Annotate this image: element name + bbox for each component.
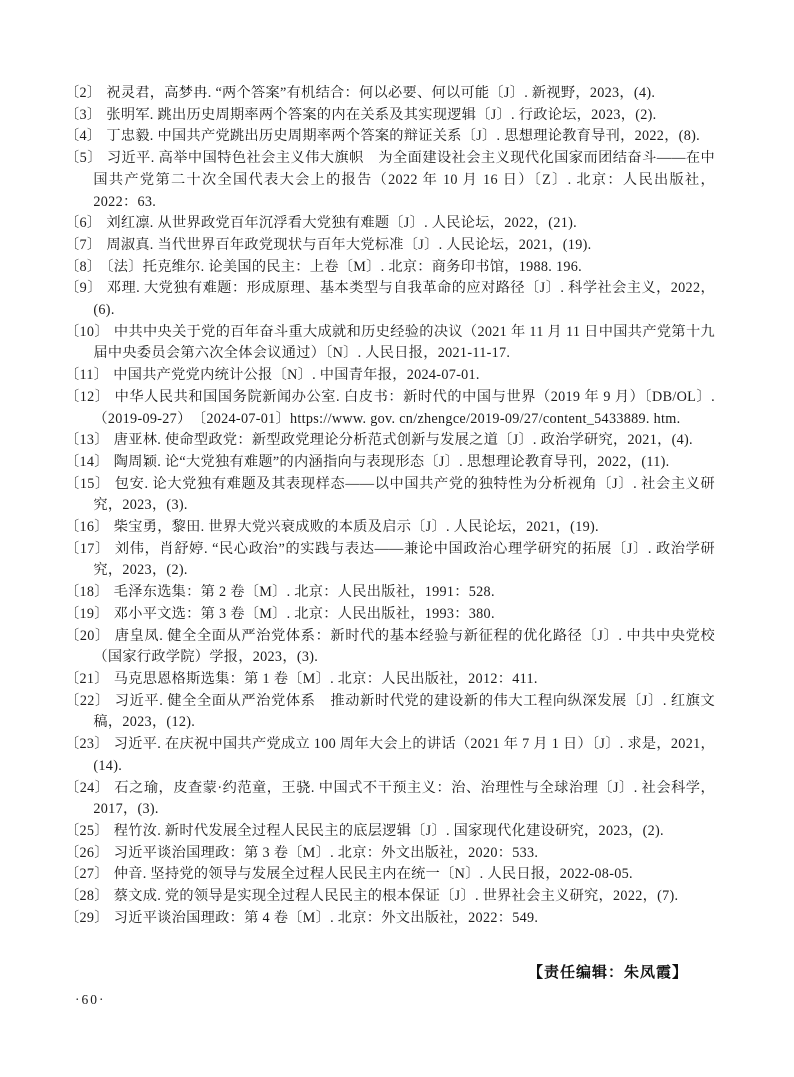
- reference-entry: 〔25〕程竹汝. 新时代发展全过程人民民主的底层逻辑〔J〕. 国家现代化建设研究…: [65, 821, 715, 843]
- reference-number: 〔19〕: [65, 606, 109, 622]
- reference-number: 〔17〕: [65, 541, 110, 557]
- reference-entry: 〔26〕习近平谈治国理政：第 3 卷〔M〕. 北京：外文出版社，2020：533…: [65, 843, 715, 865]
- reference-number: 〔14〕: [65, 454, 109, 470]
- reference-text: 蔡文成. 党的领导是实现全过程人民民主的根本保证〔J〕. 世界社会主义研究，20…: [114, 888, 679, 904]
- reference-entry: 〔8〕〔法〕托克维尔. 论美国的民主：上卷〔M〕. 北京：商务印书馆，1988.…: [65, 257, 715, 279]
- reference-number: 〔24〕: [65, 780, 109, 796]
- reference-entry: 〔19〕邓小平文选：第 3 卷〔M〕. 北京：人民出版社，1993：380.: [65, 604, 715, 626]
- reference-number: 〔8〕: [65, 259, 101, 275]
- reference-entry: 〔6〕刘红凛. 从世界政党百年沉浮看大党独有难题〔J〕. 人民论坛，2022，(…: [65, 213, 715, 235]
- reference-text: 刘伟，肖舒婷. “民心政治”的实践与表达——兼论中国政治心理学研究的拓展〔J〕.…: [93, 541, 715, 579]
- reference-text: 中华人民共和国国务院新闻办公室. 白皮书：新时代的中国与世界（2019 年 9 …: [93, 389, 715, 427]
- reference-entry: 〔20〕唐皇凤. 健全全面从严治党体系：新时代的基本经验与新征程的优化路径〔J〕…: [65, 626, 715, 669]
- reference-entry: 〔24〕石之瑜，皮查蒙·约范童，王骁. 中国式不干预主义：治、治理性与全球治理〔…: [65, 778, 715, 821]
- reference-number: 〔3〕: [65, 107, 101, 123]
- reference-text: 唐皇凤. 健全全面从严治党体系：新时代的基本经验与新征程的优化路径〔J〕. 中共…: [93, 628, 715, 666]
- reference-number: 〔29〕: [65, 910, 109, 926]
- reference-text: 包安. 论大党独有难题及其表现样态——以中国共产党的独特性为分析视角〔J〕. 社…: [93, 476, 715, 514]
- reference-number: 〔21〕: [65, 671, 109, 687]
- reference-text: 仲音. 坚持党的领导与发展全过程人民民主内在统一〔N〕. 人民日报，2022-0…: [114, 866, 633, 882]
- reference-text: 张明军. 跳出历史周期率两个答案的内在关系及其实现逻辑〔J〕. 行政论坛，202…: [106, 107, 656, 123]
- reference-entry: 〔12〕中华人民共和国国务院新闻办公室. 白皮书：新时代的中国与世界（2019 …: [65, 387, 715, 430]
- reference-entry: 〔11〕中国共产党党内统计公报〔N〕. 中国青年报，2024-07-01.: [65, 365, 715, 387]
- reference-number: 〔28〕: [65, 888, 109, 904]
- reference-entry: 〔27〕仲音. 坚持党的领导与发展全过程人民民主内在统一〔N〕. 人民日报，20…: [65, 864, 715, 886]
- reference-number: 〔26〕: [65, 845, 109, 861]
- reference-number: 〔23〕: [65, 736, 109, 752]
- reference-number: 〔9〕: [65, 280, 102, 296]
- reference-text: 石之瑜，皮查蒙·约范童，王骁. 中国式不干预主义：治、治理性与全球治理〔J〕. …: [93, 780, 715, 818]
- reference-number: 〔11〕: [65, 367, 108, 383]
- references-list: 〔2〕祝灵君，高梦冉. “两个答案”有机结合：何以必要、何以可能〔J〕. 新视野…: [65, 83, 715, 929]
- reference-entry: 〔5〕习近平. 高举中国特色社会主义伟大旗帜 为全面建设社会主义现代化国家而团结…: [65, 148, 715, 213]
- editor-credit: 【责任编辑：朱凤霞】: [528, 961, 688, 982]
- reference-text: 邓理. 大党独有难题：形成原理、基本类型与自我革命的应对路径〔J〕. 科学社会主…: [93, 280, 715, 318]
- reference-entry: 〔15〕包安. 论大党独有难题及其表现样态——以中国共产党的独特性为分析视角〔J…: [65, 474, 715, 517]
- reference-text: 习近平. 在庆祝中国共产党成立 100 周年大会上的讲话（2021 年 7 月 …: [93, 736, 715, 774]
- reference-text: 习近平. 健全全面从严治党体系 推动新时代党的建设新的伟大工程向纵深发展〔J〕.…: [93, 693, 715, 731]
- reference-entry: 〔2〕祝灵君，高梦冉. “两个答案”有机结合：何以必要、何以可能〔J〕. 新视野…: [65, 83, 715, 105]
- document-page: 〔2〕祝灵君，高梦冉. “两个答案”有机结合：何以必要、何以可能〔J〕. 新视野…: [0, 0, 794, 1077]
- page-number: ·60·: [75, 992, 106, 1008]
- reference-number: 〔25〕: [65, 823, 109, 839]
- reference-text: 中国共产党党内统计公报〔N〕. 中国青年报，2024-07-01.: [113, 367, 480, 383]
- reference-number: 〔6〕: [65, 215, 101, 231]
- reference-text: 程竹汝. 新时代发展全过程人民民主的底层逻辑〔J〕. 国家现代化建设研究，202…: [114, 823, 664, 839]
- reference-entry: 〔10〕中共中央关于党的百年奋斗重大成就和历史经验的决议（2021 年 11 月…: [65, 322, 715, 365]
- reference-entry: 〔22〕习近平. 健全全面从严治党体系 推动新时代党的建设新的伟大工程向纵深发展…: [65, 691, 715, 734]
- reference-entry: 〔7〕周淑真. 当代世界百年政党现状与百年大党标准〔J〕. 人民论坛，2021，…: [65, 235, 715, 257]
- reference-number: 〔27〕: [65, 866, 109, 882]
- reference-text: 马克思恩格斯选集：第 1 卷〔M〕. 北京：人民出版社，2012：411.: [114, 671, 538, 687]
- reference-text: 周淑真. 当代世界百年政党现状与百年大党标准〔J〕. 人民论坛，2021，(19…: [106, 237, 591, 253]
- reference-entry: 〔14〕陶周颖. 论“大党独有难题”的内涵指向与表现形态〔J〕. 思想理论教育导…: [65, 452, 715, 474]
- reference-text: 习近平. 高举中国特色社会主义伟大旗帜 为全面建设社会主义现代化国家而团结奋斗—…: [93, 150, 715, 209]
- reference-entry: 〔9〕邓理. 大党独有难题：形成原理、基本类型与自我革命的应对路径〔J〕. 科学…: [65, 278, 715, 321]
- reference-number: 〔20〕: [65, 628, 110, 644]
- reference-entry: 〔16〕柴宝勇，黎田. 世界大党兴衰成败的本质及启示〔J〕. 人民论坛，2021…: [65, 517, 715, 539]
- reference-number: 〔22〕: [65, 693, 110, 709]
- reference-number: 〔10〕: [65, 324, 109, 340]
- reference-text: 唐亚林. 使命型政党：新型政党理论分析范式创新与发展之道〔J〕. 政治学研究，2…: [114, 432, 693, 448]
- reference-number: 〔13〕: [65, 432, 109, 448]
- reference-text: 习近平谈治国理政：第 4 卷〔M〕. 北京：外文出版社，2022：549.: [114, 910, 539, 926]
- reference-entry: 〔21〕马克思恩格斯选集：第 1 卷〔M〕. 北京：人民出版社，2012：411…: [65, 669, 715, 691]
- reference-number: 〔5〕: [65, 150, 102, 166]
- reference-text: 毛泽东选集：第 2 卷〔M〕. 北京：人民出版社，1991：528.: [114, 584, 495, 600]
- reference-number: 〔18〕: [65, 584, 109, 600]
- reference-text: 〔法〕托克维尔. 论美国的民主：上卷〔M〕. 北京：商务印书馆，1988. 19…: [106, 259, 582, 275]
- reference-number: 〔7〕: [65, 237, 101, 253]
- reference-entry: 〔28〕蔡文成. 党的领导是实现全过程人民民主的根本保证〔J〕. 世界社会主义研…: [65, 886, 715, 908]
- reference-text: 邓小平文选：第 3 卷〔M〕. 北京：人民出版社，1993：380.: [114, 606, 495, 622]
- reference-entry: 〔4〕丁忠毅. 中国共产党跳出历史周期率两个答案的辩证关系〔J〕. 思想理论教育…: [65, 126, 715, 148]
- reference-entry: 〔29〕习近平谈治国理政：第 4 卷〔M〕. 北京：外文出版社，2022：549…: [65, 908, 715, 930]
- reference-number: 〔16〕: [65, 519, 109, 535]
- reference-text: 陶周颖. 论“大党独有难题”的内涵指向与表现形态〔J〕. 思想理论教育导刊，20…: [114, 454, 670, 470]
- reference-text: 祝灵君，高梦冉. “两个答案”有机结合：何以必要、何以可能〔J〕. 新视野，20…: [106, 85, 655, 101]
- reference-number: 〔2〕: [65, 85, 101, 101]
- reference-entry: 〔23〕习近平. 在庆祝中国共产党成立 100 周年大会上的讲话（2021 年 …: [65, 734, 715, 777]
- reference-text: 中共中央关于党的百年奋斗重大成就和历史经验的决议（2021 年 11 月 11 …: [93, 324, 715, 362]
- reference-entry: 〔13〕唐亚林. 使命型政党：新型政党理论分析范式创新与发展之道〔J〕. 政治学…: [65, 430, 715, 452]
- reference-number: 〔15〕: [65, 476, 110, 492]
- reference-text: 刘红凛. 从世界政党百年沉浮看大党独有难题〔J〕. 人民论坛，2022，(21)…: [106, 215, 577, 231]
- reference-text: 柴宝勇，黎田. 世界大党兴衰成败的本质及启示〔J〕. 人民论坛，2021，(19…: [114, 519, 599, 535]
- reference-text: 丁忠毅. 中国共产党跳出历史周期率两个答案的辩证关系〔J〕. 思想理论教育导刊，…: [106, 128, 700, 144]
- reference-entry: 〔18〕毛泽东选集：第 2 卷〔M〕. 北京：人民出版社，1991：528.: [65, 582, 715, 604]
- reference-number: 〔4〕: [65, 128, 101, 144]
- reference-entry: 〔17〕刘伟，肖舒婷. “民心政治”的实践与表达——兼论中国政治心理学研究的拓展…: [65, 539, 715, 582]
- reference-number: 〔12〕: [65, 389, 110, 405]
- reference-entry: 〔3〕张明军. 跳出历史周期率两个答案的内在关系及其实现逻辑〔J〕. 行政论坛，…: [65, 105, 715, 127]
- reference-text: 习近平谈治国理政：第 3 卷〔M〕. 北京：外文出版社，2020：533.: [114, 845, 539, 861]
